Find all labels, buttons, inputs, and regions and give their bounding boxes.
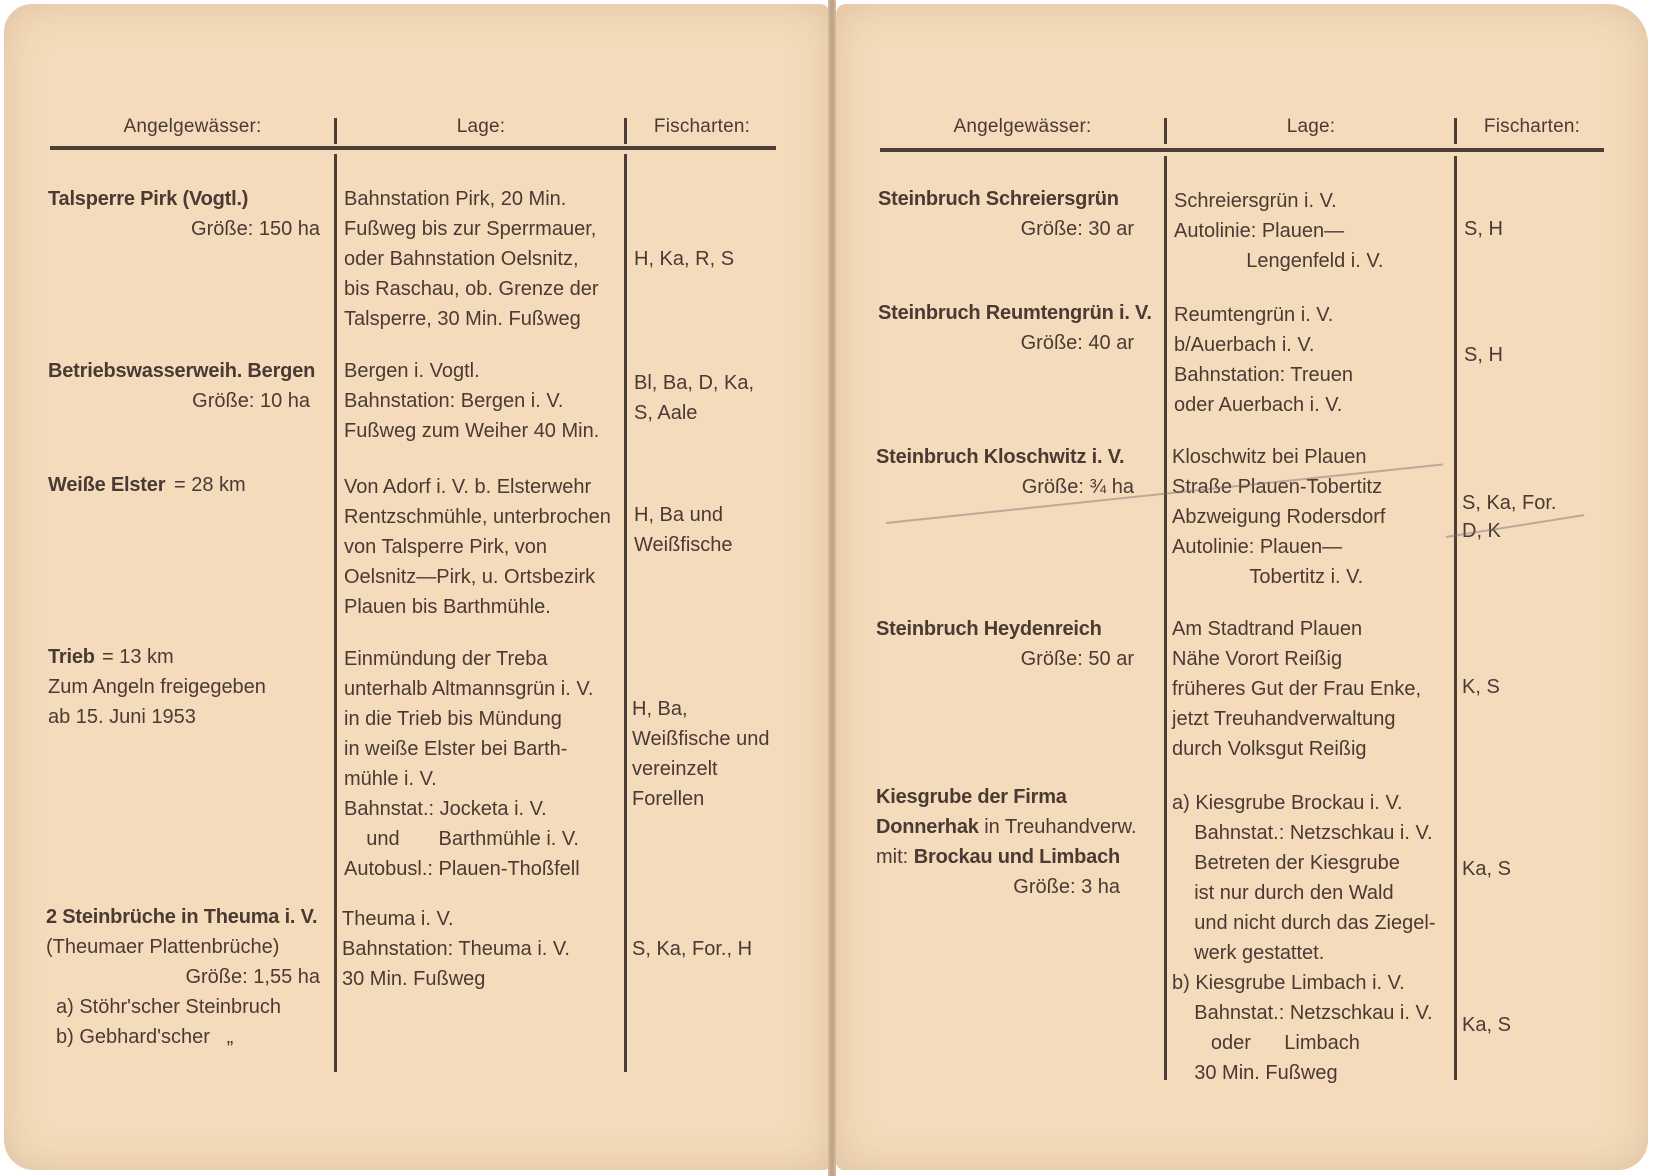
water-note: ab 15. Juni 1953	[48, 702, 196, 732]
location-line: und nicht durch das Ziegel-	[1172, 908, 1435, 938]
water-size: Größe: 3 ha	[876, 872, 1120, 902]
location-line: Betreten der Kiesgrube	[1172, 848, 1400, 878]
location-line: Reumtengrün i. V.	[1174, 300, 1333, 330]
column-divider	[1454, 156, 1457, 1080]
location-line: ist nur durch den Wald	[1172, 878, 1394, 908]
header-location-right: Lage:	[1167, 116, 1455, 138]
location-line: bis Raschau, ob. Grenze der	[344, 274, 599, 304]
water-size: Größe: 1,55 ha	[46, 962, 320, 992]
water-size: Größe: 30 ar	[878, 214, 1134, 244]
water-length: = 28 km	[174, 470, 246, 500]
species: S, Aale	[634, 398, 697, 428]
water-note: b) Gebhard'scher „	[56, 1022, 233, 1052]
species: Ka, S	[1462, 1010, 1511, 1040]
header-divider	[1454, 118, 1457, 144]
location-line: Einmündung der Treba	[344, 644, 547, 674]
location-line: früheres Gut der Frau Enke,	[1172, 674, 1421, 704]
water-size: Größe: 150 ha	[48, 214, 320, 244]
water-name: Steinbruch Heydenreich	[876, 614, 1102, 644]
location-line: 30 Min. Fußweg	[342, 964, 485, 994]
location-line: Bahnstation Pirk, 20 Min.	[344, 184, 566, 214]
species: vereinzelt	[632, 754, 718, 784]
water-size: Größe: 10 ha	[48, 386, 310, 416]
location-line: Bahnstation: Bergen i. V.	[344, 386, 563, 416]
water-name: Steinbruch Reumtengrün i. V.	[878, 298, 1152, 328]
location-line: Autolinie: Plauen—	[1172, 532, 1342, 562]
water-name: Steinbruch Kloschwitz i. V.	[876, 442, 1124, 472]
species: H, Ba,	[632, 694, 688, 724]
water-note: a) Stöhr'scher Steinbruch	[56, 992, 281, 1022]
species: Bl, Ba, D, Ka,	[634, 368, 754, 398]
location-line: oder Bahnstation Oelsnitz,	[344, 244, 579, 274]
column-divider	[334, 154, 337, 1072]
location-line: Am Stadtrand Plauen	[1172, 614, 1362, 644]
location-line: und Barthmühle i. V.	[344, 824, 579, 854]
location-line: Bahnstation: Treuen	[1174, 360, 1353, 390]
location-line: Bergen i. Vogtl.	[344, 356, 480, 386]
water-name: Betriebswasserweih. Bergen	[48, 356, 315, 386]
location-line: Abzweigung Rodersdorf	[1172, 502, 1385, 532]
pit-names: Brockau und Limbach	[914, 846, 1120, 868]
header-species-left: Fischarten:	[627, 116, 777, 138]
trustee-note: in Treuhandverw.	[979, 816, 1137, 838]
location-line: Autolinie: Plauen—	[1174, 216, 1344, 246]
species: Forellen	[632, 784, 704, 814]
company-name: Donnerhak	[876, 816, 979, 838]
water-size: Größe: 40 ar	[878, 328, 1134, 358]
location-line: Straße Plauen-Tobertitz	[1172, 472, 1382, 502]
water-size: Größe: 50 ar	[876, 644, 1134, 674]
location-line: Talsperre, 30 Min. Fußweg	[344, 304, 581, 334]
location-line: b/Auerbach i. V.	[1174, 330, 1314, 360]
page-gutter	[828, 0, 836, 1176]
location-line: von Talsperre Pirk, von	[344, 532, 547, 562]
species: Weißfische	[634, 530, 733, 560]
water-name-line: Donnerhak in Treuhandverw.	[876, 812, 1137, 842]
location-line: Plauen bis Barthmühle.	[344, 592, 551, 622]
location-line: Von Adorf i. V. b. Elsterwehr	[344, 472, 591, 502]
with-prefix: mit:	[876, 846, 914, 868]
species: S, Ka, For.	[1462, 488, 1556, 518]
species: S, H	[1464, 340, 1503, 370]
water-name-line: Kiesgrube der Firma	[876, 782, 1067, 812]
species: Weißfische und	[632, 724, 769, 754]
water-name: Weiße Elster	[48, 470, 165, 500]
species: K, S	[1462, 672, 1500, 702]
location-line: mühle i. V.	[344, 764, 437, 794]
water-name: Kiesgrube der Firma	[876, 786, 1067, 808]
location-line: Oelsnitz—Pirk, u. Ortsbezirk	[344, 562, 595, 592]
location-line: in weiße Elster bei Barth-	[344, 734, 567, 764]
location-line: oder Limbach	[1172, 1028, 1360, 1058]
water-size: Größe: ¾ ha	[876, 472, 1134, 502]
header-species-right: Fischarten:	[1457, 116, 1607, 138]
location-line: Lengenfeld i. V.	[1174, 246, 1383, 276]
location-line: Fußweg bis zur Sperrmauer,	[344, 214, 596, 244]
location-line: Fußweg zum Weiher 40 Min.	[344, 416, 599, 446]
water-subtitle: (Theumaer Plattenbrüche)	[46, 932, 279, 962]
water-name: 2 Steinbrüche in Theuma i. V.	[46, 902, 317, 932]
header-divider	[624, 118, 627, 144]
column-divider	[624, 154, 627, 1072]
header-water-right: Angelgewässer:	[880, 116, 1165, 138]
header-divider	[334, 118, 337, 144]
location-line: Theuma i. V.	[342, 904, 454, 934]
location-line: unterhalb Altmannsgrün i. V.	[344, 674, 593, 704]
location-line: Rentzschmühle, unterbrochen	[344, 502, 611, 532]
species: Ka, S	[1462, 854, 1511, 884]
location-line: Nähe Vorort Reißig	[1172, 644, 1342, 674]
water-note: Zum Angeln freigegeben	[48, 672, 266, 702]
header-rule-left	[50, 146, 776, 150]
location-line: Autobusl.: Plauen-Thoßfell	[344, 854, 580, 884]
species: H, Ka, R, S	[634, 244, 734, 274]
header-divider	[1164, 118, 1167, 144]
header-location-left: Lage:	[337, 116, 625, 138]
location-line: a) Kiesgrube Brockau i. V.	[1172, 788, 1403, 818]
species: S, Ka, For., H	[632, 934, 752, 964]
column-divider	[1164, 156, 1167, 1080]
location-line: b) Kiesgrube Limbach i. V.	[1172, 968, 1405, 998]
water-name: Steinbruch Schreiersgrün	[878, 184, 1119, 214]
header-rule-right	[880, 148, 1604, 152]
water-name: Trieb	[48, 642, 95, 672]
location-line: Bahnstat.: Jocketa i. V.	[344, 794, 547, 824]
species: S, H	[1464, 214, 1503, 244]
water-name: Talsperre Pirk (Vogtl.)	[48, 184, 248, 214]
location-line: in die Trieb bis Mündung	[344, 704, 562, 734]
location-line: jetzt Treuhandverwaltung	[1172, 704, 1395, 734]
species: H, Ba und	[634, 500, 723, 530]
location-line: Bahnstation: Theuma i. V.	[342, 934, 570, 964]
location-line: werk gestattet.	[1172, 938, 1324, 968]
location-line: Bahnstat.: Netzschkau i. V.	[1172, 818, 1433, 848]
location-line: Bahnstat.: Netzschkau i. V.	[1172, 998, 1433, 1028]
location-line: 30 Min. Fußweg	[1172, 1058, 1338, 1088]
location-line: Schreiersgrün i. V.	[1174, 186, 1337, 216]
location-line: oder Auerbach i. V.	[1174, 390, 1342, 420]
location-line: durch Volksgut Reißig	[1172, 734, 1367, 764]
water-length: = 13 km	[102, 642, 174, 672]
header-water-left: Angelgewässer:	[50, 116, 335, 138]
water-name-line: mit: Brockau und Limbach	[876, 842, 1120, 872]
location-line: Tobertitz i. V.	[1172, 562, 1363, 592]
location-line: Kloschwitz bei Plauen	[1172, 442, 1367, 472]
